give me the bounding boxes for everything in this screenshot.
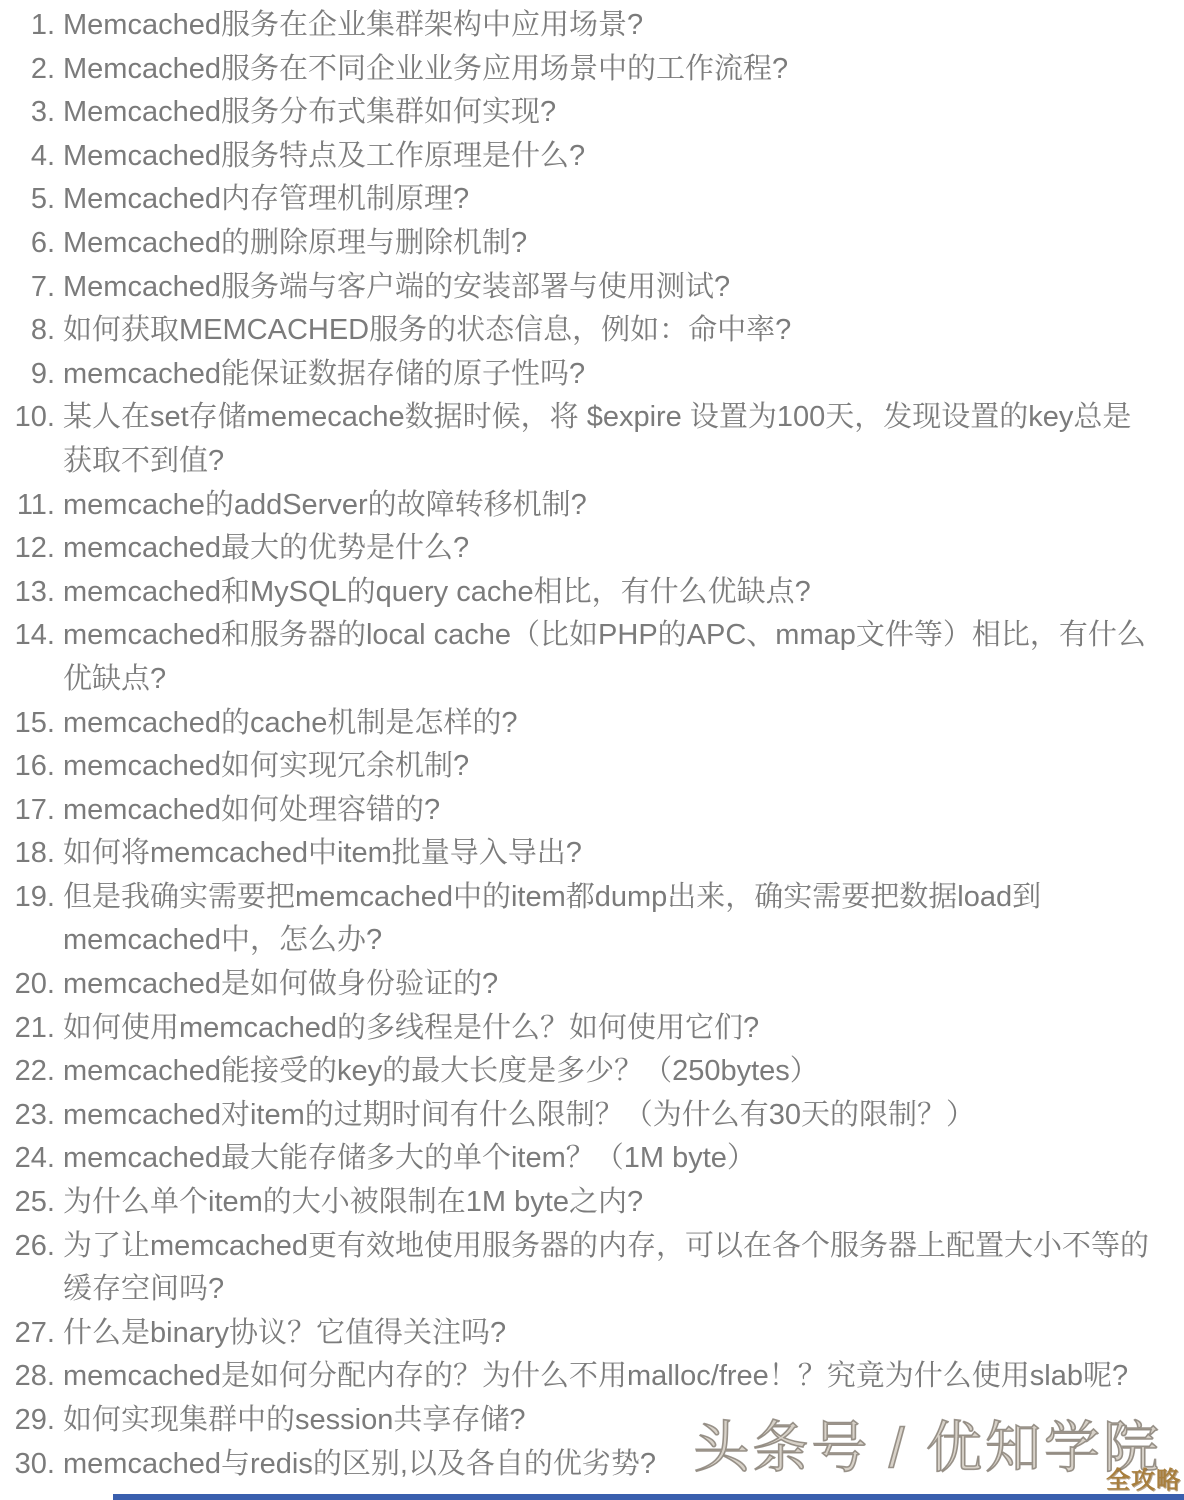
question-text: memcached能接受的key的最大长度是多少？（250bytes） (63, 1050, 1155, 1094)
question-text: memcached与redis的区别,以及各自的优劣势? (63, 1443, 1155, 1487)
question-row: 13. memcached和MySQL的query cache相比，有什么优缺点… (0, 571, 1184, 615)
question-number: 4. (0, 135, 55, 179)
question-number: 5. (0, 178, 55, 222)
question-text: memcached和服务器的local cache（比如PHP的APC、mmap… (63, 614, 1155, 701)
question-number: 20. (0, 963, 55, 1007)
question-row: 26. 为了让memcached更有效地使用服务器的内存，可以在各个服务器上配置… (0, 1225, 1184, 1312)
question-number: 24. (0, 1137, 55, 1181)
question-number: 17. (0, 789, 55, 833)
question-number: 30. (0, 1443, 55, 1487)
question-text: Memcached服务分布式集群如何实现? (63, 91, 1155, 135)
question-number: 1. (0, 4, 55, 48)
question-number: 11. (0, 484, 55, 528)
question-row: 9. memcached能保证数据存储的原子性吗? (0, 353, 1184, 397)
question-row: 27. 什么是binary协议？它值得关注吗? (0, 1312, 1184, 1356)
question-number: 23. (0, 1094, 55, 1138)
question-number: 9. (0, 353, 55, 397)
question-row: 11. memcache的addServer的故障转移机制? (0, 484, 1184, 528)
question-number: 7. (0, 266, 55, 310)
question-row: 10. 某人在set存储memecache数据时候，将 $expire 设置为1… (0, 396, 1184, 483)
question-text: Memcached服务端与客户端的安装部署与使用测试? (63, 266, 1155, 310)
question-number: 2. (0, 48, 55, 92)
question-text: memcached最大能存储多大的单个item？（1M byte） (63, 1137, 1155, 1181)
question-text: Memcached服务在企业集群架构中应用场景? (63, 4, 1155, 48)
question-text: 但是我确实需要把memcached中的item都dump出来，确实需要把数据lo… (63, 876, 1155, 963)
question-text: Memcached服务在不同企业业务应用场景中的工作流程? (63, 48, 1155, 92)
question-row: 20. memcached是如何做身份验证的? (0, 963, 1184, 1007)
question-row: 28. memcached是如何分配内存的？为什么不用malloc/free！？… (0, 1355, 1184, 1399)
question-row: 6. Memcached的删除原理与删除机制? (0, 222, 1184, 266)
question-row: 25. 为什么单个item的大小被限制在1M byte之内? (0, 1181, 1184, 1225)
question-number: 12. (0, 527, 55, 571)
question-number: 29. (0, 1399, 55, 1443)
question-number: 3. (0, 91, 55, 135)
question-text: Memcached的删除原理与删除机制? (63, 222, 1155, 266)
question-text: memcached对item的过期时间有什么限制？（为什么有30天的限制？） (63, 1094, 1155, 1138)
question-number: 10. (0, 396, 55, 440)
question-text: Memcached服务特点及工作原理是什么? (63, 135, 1155, 179)
question-row: 21. 如何使用memcached的多线程是什么？如何使用它们? (0, 1007, 1184, 1051)
question-row: 29. 如何实现集群中的session共享存储? (0, 1399, 1184, 1443)
question-row: 17. memcached如何处理容错的? (0, 789, 1184, 833)
question-text: 为了让memcached更有效地使用服务器的内存，可以在各个服务器上配置大小不等… (63, 1225, 1155, 1312)
question-row: 19. 但是我确实需要把memcached中的item都dump出来，确实需要把… (0, 876, 1184, 963)
question-number: 19. (0, 876, 55, 920)
question-number: 26. (0, 1225, 55, 1269)
question-row: 4. Memcached服务特点及工作原理是什么? (0, 135, 1184, 179)
question-text: memcached和MySQL的query cache相比，有什么优缺点? (63, 571, 1155, 615)
question-row: 22. memcached能接受的key的最大长度是多少？（250bytes） (0, 1050, 1184, 1094)
question-number: 14. (0, 614, 55, 658)
question-number: 15. (0, 702, 55, 746)
question-number: 28. (0, 1355, 55, 1399)
question-text: memcache的addServer的故障转移机制? (63, 484, 1155, 528)
question-number: 18. (0, 832, 55, 876)
question-text: memcached是如何分配内存的？为什么不用malloc/free！？究竟为什… (63, 1355, 1155, 1399)
question-text: 如何使用memcached的多线程是什么？如何使用它们? (63, 1007, 1155, 1051)
question-text: memcached如何处理容错的? (63, 789, 1155, 833)
question-row: 18. 如何将memcached中item批量导入导出? (0, 832, 1184, 876)
question-row: 30. memcached与redis的区别,以及各自的优劣势? (0, 1443, 1184, 1487)
question-number: 25. (0, 1181, 55, 1225)
question-row: 5. Memcached内存管理机制原理? (0, 178, 1184, 222)
question-row: 16. memcached如何实现冗余机制? (0, 745, 1184, 789)
question-row: 1. Memcached服务在企业集群架构中应用场景? (0, 4, 1184, 48)
question-row: 7. Memcached服务端与客户端的安装部署与使用测试? (0, 266, 1184, 310)
question-row: 12. memcached最大的优势是什么? (0, 527, 1184, 571)
question-text: memcached如何实现冗余机制? (63, 745, 1155, 789)
question-text: 什么是binary协议？它值得关注吗? (63, 1312, 1155, 1356)
question-row: 3. Memcached服务分布式集群如何实现? (0, 91, 1184, 135)
question-number: 6. (0, 222, 55, 266)
question-text: memcached最大的优势是什么? (63, 527, 1155, 571)
question-text: Memcached内存管理机制原理? (63, 178, 1155, 222)
question-number: 13. (0, 571, 55, 615)
bottom-bar (113, 1494, 1184, 1500)
question-text: memcached能保证数据存储的原子性吗? (63, 353, 1155, 397)
question-text: memcached的cache机制是怎样的? (63, 702, 1155, 746)
question-list: 1. Memcached服务在企业集群架构中应用场景? 2. Memcached… (0, 0, 1184, 1486)
question-text: 如何获取MEMCACHED服务的状态信息，例如：命中率? (63, 309, 1155, 353)
question-number: 27. (0, 1312, 55, 1356)
question-text: 如何实现集群中的session共享存储? (63, 1399, 1155, 1443)
watermark-badge: 全攻略 (1106, 1460, 1181, 1495)
question-text: memcached是如何做身份验证的? (63, 963, 1155, 1007)
question-number: 22. (0, 1050, 55, 1094)
question-number: 8. (0, 309, 55, 353)
question-text: 如何将memcached中item批量导入导出? (63, 832, 1155, 876)
question-row: 14. memcached和服务器的local cache（比如PHP的APC、… (0, 614, 1184, 701)
question-row: 2. Memcached服务在不同企业业务应用场景中的工作流程? (0, 48, 1184, 92)
question-text: 某人在set存储memecache数据时候，将 $expire 设置为100天，… (63, 396, 1155, 483)
question-row: 8. 如何获取MEMCACHED服务的状态信息，例如：命中率? (0, 309, 1184, 353)
question-text: 为什么单个item的大小被限制在1M byte之内? (63, 1181, 1155, 1225)
question-row: 15. memcached的cache机制是怎样的? (0, 702, 1184, 746)
question-row: 23. memcached对item的过期时间有什么限制？（为什么有30天的限制… (0, 1094, 1184, 1138)
question-row: 24. memcached最大能存储多大的单个item？（1M byte） (0, 1137, 1184, 1181)
question-number: 21. (0, 1007, 55, 1051)
question-number: 16. (0, 745, 55, 789)
